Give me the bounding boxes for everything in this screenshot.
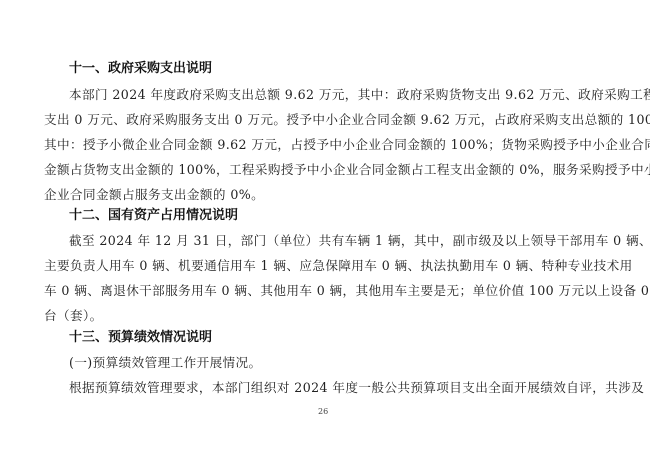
paragraph-line: 台（套）。 <box>44 308 606 324</box>
document-page: 十一、政府采购支出说明 本部门 2024 年度政府采购支出总额 9.62 万元，… <box>0 0 650 459</box>
paragraph-line: 车 0 辆、离退休干部服务用车 0 辆、其他用车 0 辆，其他用车主要是无；单位… <box>44 283 606 299</box>
paragraph-line: 企业合同金额占服务支出金额的 0%。 <box>44 187 606 203</box>
paragraph-line: 金额占货物支出金额的 100%，工程采购授予中小企业合同金额占工程支出金额的 0… <box>44 162 606 178</box>
paragraph-line: 本部门 2024 年度政府采购支出总额 9.62 万元，其中：政府采购货物支出 … <box>69 87 606 103</box>
section-heading-state-assets: 十二、国有资产占用情况说明 <box>69 208 238 224</box>
section-heading-government-procurement: 十一、政府采购支出说明 <box>69 61 212 77</box>
page-number: 26 <box>318 407 328 416</box>
paragraph-line: 其中：授予小微企业合同金额 9.62 万元，占授予中小企业合同金额的 100%；… <box>44 137 606 153</box>
paragraph-line: 根据预算绩效管理要求，本部门组织对 2024 年度一般公共预算项目支出全面开展绩… <box>69 380 606 396</box>
paragraph-line: 主要负责人用车 0 辆、机要通信用车 1 辆、应急保障用车 0 辆、执法执勤用车… <box>44 258 606 274</box>
section-heading-budget-performance: 十三、预算绩效情况说明 <box>69 330 212 346</box>
paragraph-line: 支出 0 万元、政府采购服务支出 0 万元。授予中小企业合同金额 9.62 万元… <box>44 112 606 128</box>
subsection-heading: (一)预算绩效管理工作开展情况。 <box>69 355 606 371</box>
paragraph-line: 截至 2024 年 12 月 31 日，部门（单位）共有车辆 1 辆，其中，副市… <box>69 233 606 249</box>
